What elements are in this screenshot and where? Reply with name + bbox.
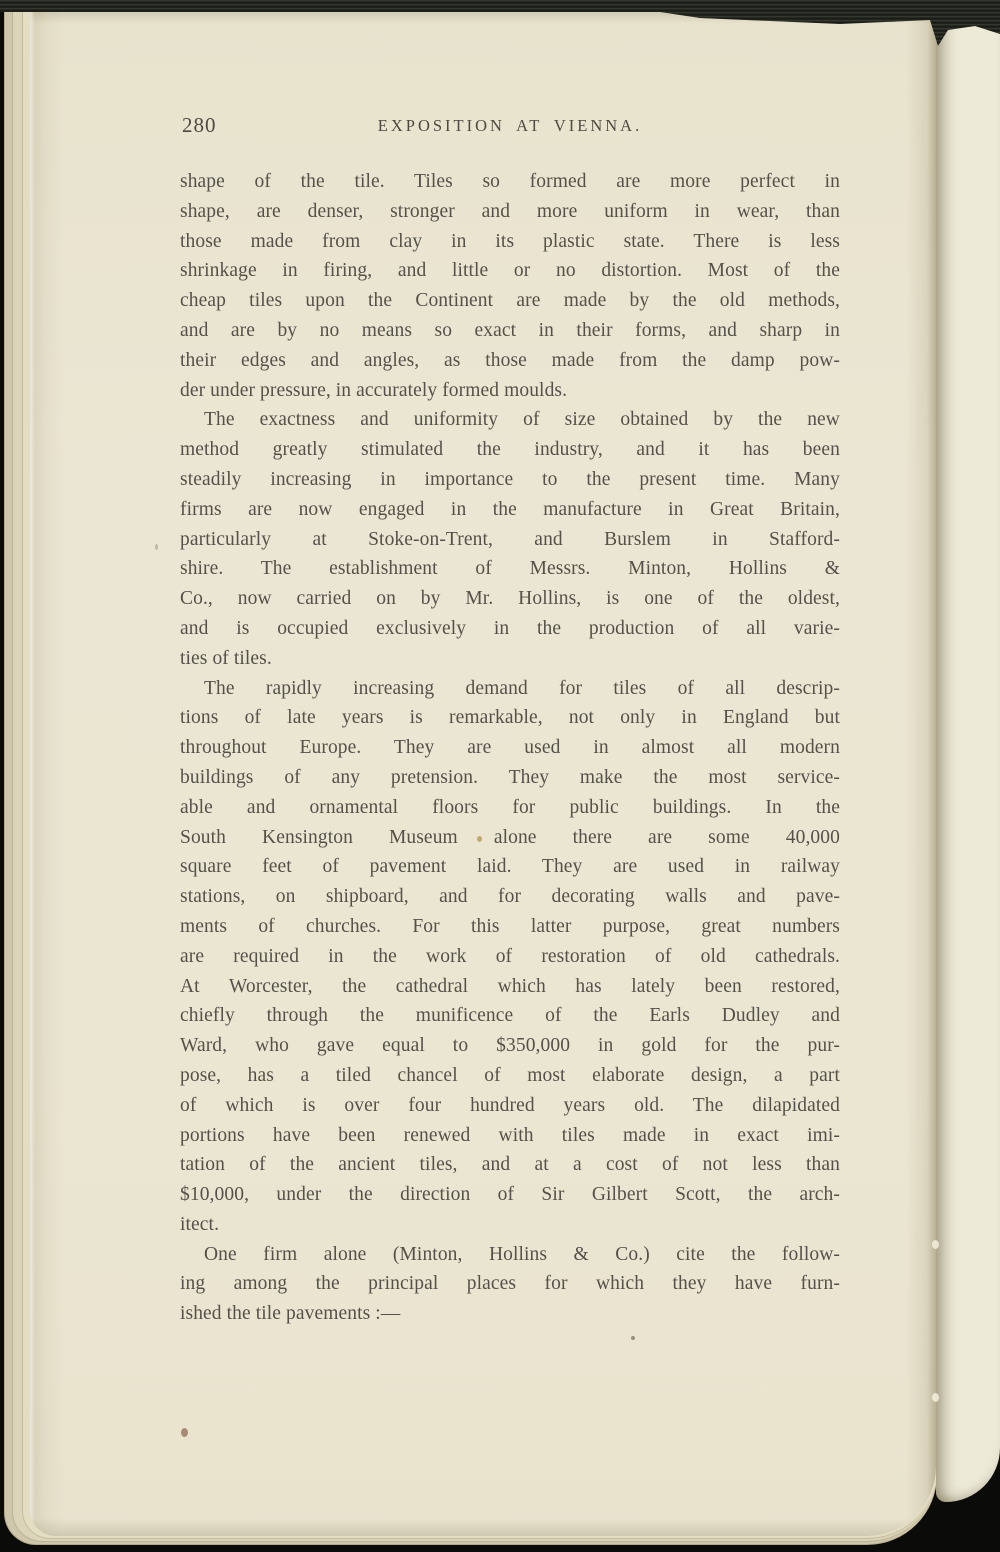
text-line: firms are now engaged in the manufacture… <box>180 495 840 525</box>
text-line: Ward, who gave equal to $350,000 in gold… <box>180 1031 840 1061</box>
text-line: ments of churches. For this latter purpo… <box>180 912 840 942</box>
ink-dot <box>631 1336 635 1340</box>
page-body: shape of the tile. Tiles so formed are m… <box>180 167 840 1329</box>
text-line: $10,000, under the direction of Sir Gilb… <box>180 1180 840 1210</box>
text-line: cheap tiles upon the Continent are made … <box>180 286 840 316</box>
text-line: are required in the work of restoration … <box>180 942 840 972</box>
text-line: method greatly stimulated the industry, … <box>180 435 840 465</box>
text-line: and is occupied exclusively in the produ… <box>180 614 840 644</box>
text-line: der under pressure, in accurately formed… <box>180 376 840 406</box>
text-line: buildings of any pretension. They make t… <box>180 763 840 793</box>
text-line: stations, on shipboard, and for decorati… <box>180 882 840 912</box>
text-line: able and ornamental floors for public bu… <box>180 793 840 823</box>
text-line: shrinkage in firing, and little or no di… <box>180 256 840 286</box>
running-header: EXPOSITION AT VIENNA. <box>180 116 840 136</box>
text-line: pose, has a tiled chancel of most elabor… <box>180 1061 840 1091</box>
text-line: portions have been renewed with tiles ma… <box>180 1121 840 1151</box>
text-line: their edges and angles, as those made fr… <box>180 346 840 376</box>
text-line: shape, are denser, stronger and more uni… <box>180 197 840 227</box>
paragraph: The rapidly increasing demand for tiles … <box>180 674 840 1240</box>
paragraph: The exactness and uniformity of size obt… <box>180 405 840 673</box>
text-line: The rapidly increasing demand for tiles … <box>180 674 840 704</box>
text-line: tation of the ancient tiles, and at a co… <box>180 1150 840 1180</box>
text-line: At Worcester, the cathedral which has la… <box>180 972 840 1002</box>
page-edge-nick <box>932 1393 939 1402</box>
text-line: ing among the principal places for which… <box>180 1269 840 1299</box>
text-line: The exactness and uniformity of size obt… <box>180 405 840 435</box>
text-line: square feet of pavement laid. They are u… <box>180 852 840 882</box>
paper-speck <box>155 544 158 550</box>
text-line: of which is over four hundred years old.… <box>180 1091 840 1121</box>
text-line: One firm alone (Minton, Hollins & Co.) c… <box>180 1240 840 1270</box>
text-line: those made from clay in its plastic stat… <box>180 227 840 257</box>
text-line: shape of the tile. Tiles so formed are m… <box>180 167 840 197</box>
page-header-row: 280 EXPOSITION AT VIENNA. <box>180 113 840 143</box>
paper-speck <box>181 1428 188 1437</box>
paragraph: One firm alone (Minton, Hollins & Co.) c… <box>180 1240 840 1329</box>
paragraph: shape of the tile. Tiles so formed are m… <box>180 167 840 405</box>
book-scan: 280 EXPOSITION AT VIENNA. shape of the t… <box>0 0 1000 1552</box>
text-line: ished the tile pavements :— <box>180 1299 840 1329</box>
text-line: ties of tiles. <box>180 644 840 674</box>
text-line: and are by no means so exact in their fo… <box>180 316 840 346</box>
text-line: shire. The establishment of Messrs. Mint… <box>180 554 840 584</box>
text-line: chiefly through the munificence of the E… <box>180 1001 840 1031</box>
next-page-edge <box>936 12 1000 1502</box>
text-line: Co., now carried on by Mr. Hollins, is o… <box>180 584 840 614</box>
paper-speck <box>477 836 482 842</box>
text-line: steadily increasing in importance to the… <box>180 465 840 495</box>
text-line: tions of late years is remarkable, not o… <box>180 703 840 733</box>
page-edge-nick <box>932 1240 939 1249</box>
text-line: itect. <box>180 1210 840 1240</box>
book-page: 280 EXPOSITION AT VIENNA. shape of the t… <box>30 12 936 1536</box>
text-line: South Kensington Museum alone there are … <box>180 823 840 853</box>
text-line: particularly at Stoke-on-Trent, and Burs… <box>180 525 840 555</box>
text-line: throughout Europe. They are used in almo… <box>180 733 840 763</box>
